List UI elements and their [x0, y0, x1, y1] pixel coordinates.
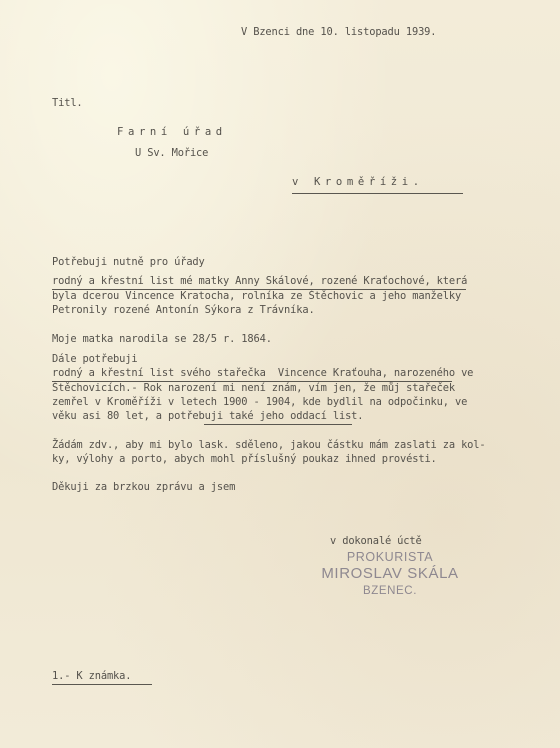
paragraph-grandfather-line-4: věku asi 80 let, a potřebuji také jeho o…	[52, 410, 363, 423]
paragraph-grandfather-line-1: rodný a křestní list svého stařečka Vinc…	[52, 367, 473, 380]
salutation: Titl.	[52, 97, 83, 110]
dateline: V Bzenci dne 10. listopadu 1939.	[241, 26, 436, 39]
paragraph-grandfather-intro: Dále potřebuji	[52, 353, 137, 366]
paragraph-mother-line-3: Petronily rozené Antonín Sýkora z Trávní…	[52, 304, 315, 317]
paragraph-mother-line-2: byla dcerou Vincence Kratocha, rolníka z…	[52, 290, 461, 303]
paragraph-fees-line-2: ky, výlohy a porto, abych mohl příslušný…	[52, 453, 437, 466]
enclosure-note: 1.- K známka.	[52, 670, 131, 683]
recipient-parish: U Sv. Mořice	[135, 147, 208, 160]
paragraph-grandfather-line-2: Štěchovicích.- Rok narození mi není znám…	[52, 382, 455, 395]
mother-birthdate: Moje matka narodila se 28/5 r. 1864.	[52, 333, 272, 346]
paragraph-mother-line-1: rodný a křestní list mé matky Anny Skálo…	[52, 275, 467, 288]
closing: v dokonalé úctě	[330, 535, 422, 548]
letter-page: V Bzenci dne 10. listopadu 1939. Titl. F…	[0, 0, 560, 748]
underline-marriage-certificate	[204, 424, 352, 425]
stamp-name: MIROSLAV SKÁLA	[280, 565, 500, 582]
paragraph-fees-line-1: Žádám zdv., aby mi bylo lask. sděleno, j…	[52, 439, 486, 452]
paragraph-grandfather-line-3: zemřel v Kroměříži v letech 1900 - 1904,…	[52, 396, 467, 409]
recipient-city: v Kroměříži.	[292, 176, 424, 189]
enclosure-underline	[52, 684, 152, 685]
thanks: Děkuji za brzkou zprávu a jsem	[52, 481, 235, 494]
body-intro: Potřebuji nutně pro úřady	[52, 256, 205, 269]
stamp-town: BZENEC.	[300, 585, 480, 597]
recipient-underline	[292, 193, 463, 194]
recipient-office: Farní úřad	[117, 126, 227, 139]
stamp-title: PROKURISTA	[300, 550, 480, 564]
